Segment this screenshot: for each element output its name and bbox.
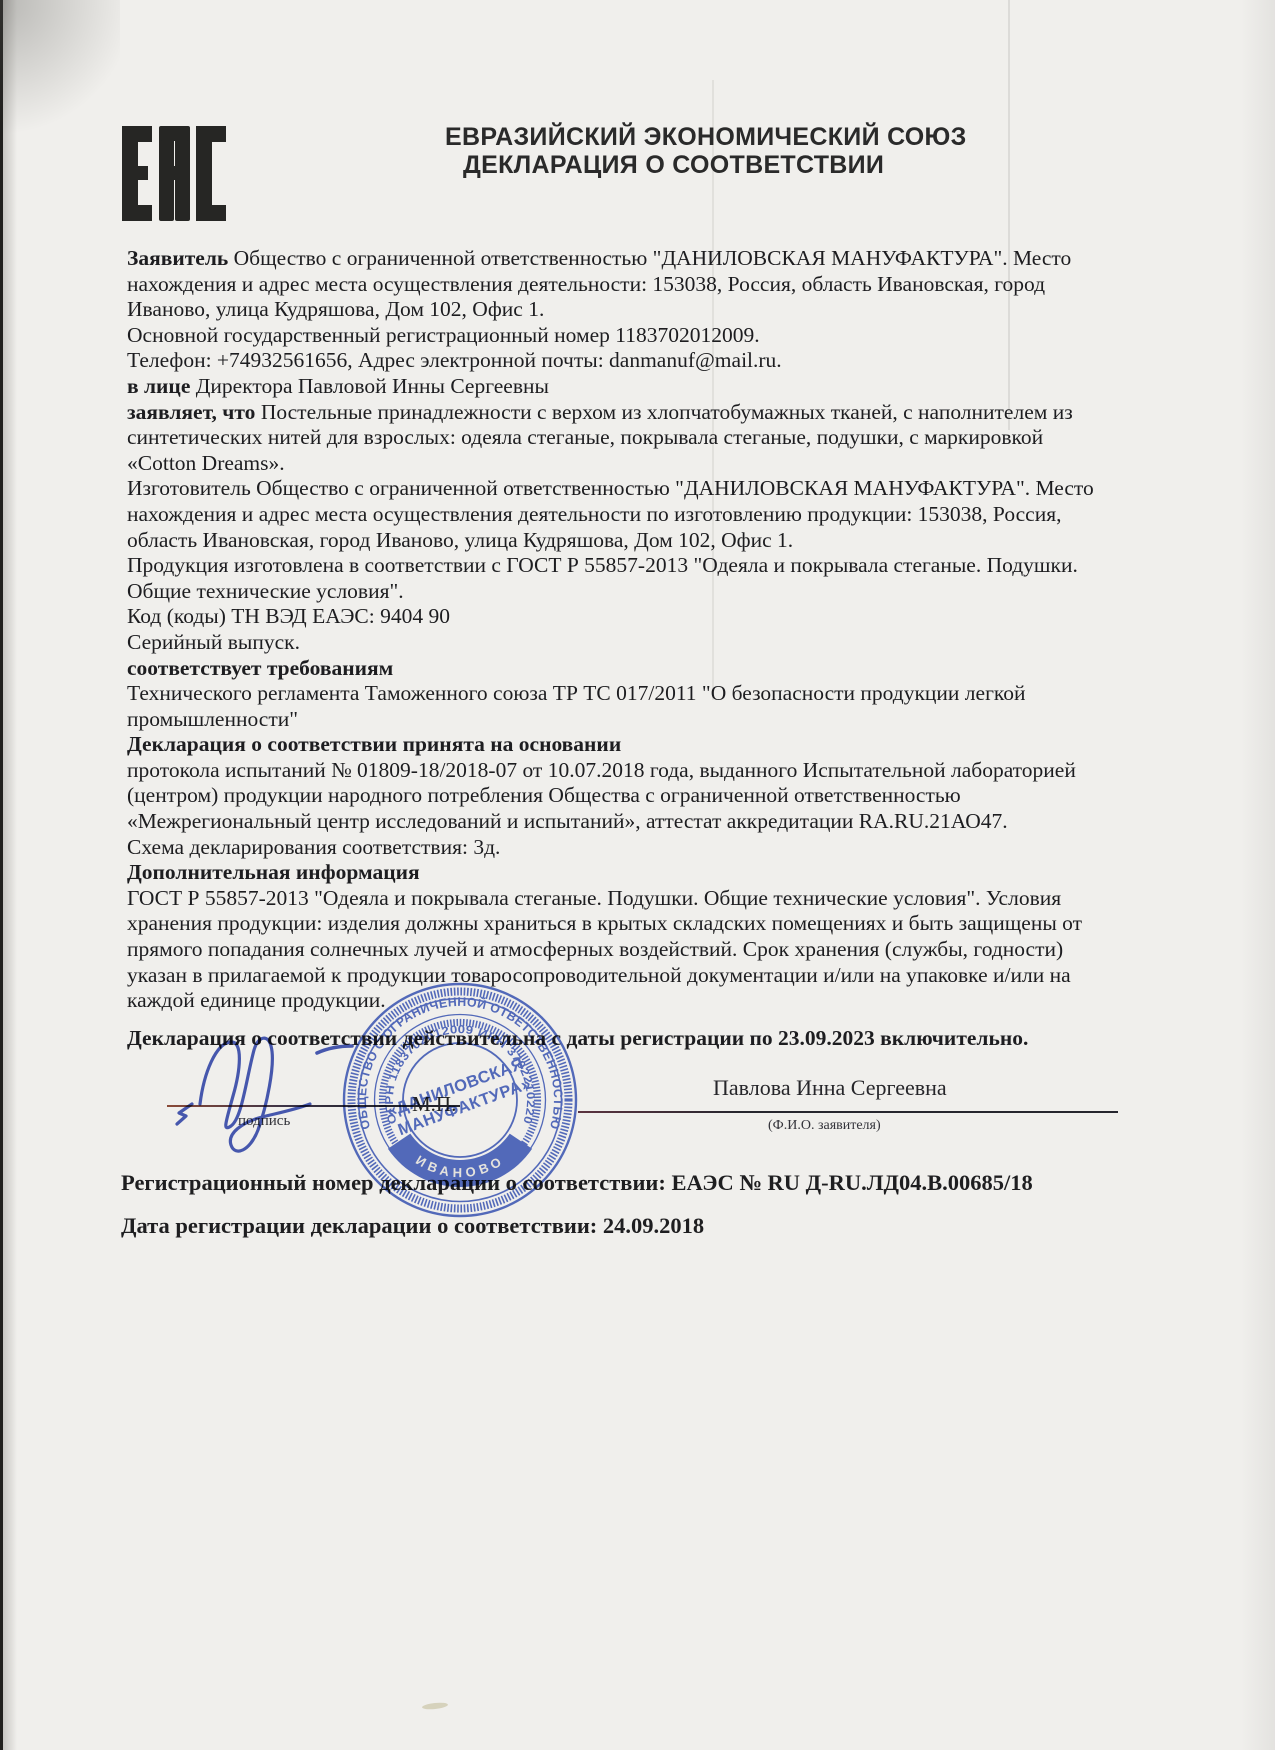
fio-caption: (Ф.И.О. заявителя): [768, 1118, 881, 1134]
body-line: Изготовитель Общество с ограниченной отв…: [127, 476, 1187, 502]
applicant-name: Павлова Инна Сергеевна: [713, 1075, 947, 1101]
body-line: Общие технические условия".: [127, 579, 1187, 605]
scan-corner-shadow: [0, 0, 120, 150]
body-line: соответствует требованиям: [127, 656, 1187, 682]
body-line: промышленности": [127, 707, 1187, 733]
eac-logo-icon: [122, 126, 226, 221]
body-line: (центром) продукции народного потреблени…: [127, 783, 1187, 809]
body-line: нахождения и адрес места осуществления д…: [127, 502, 1187, 528]
body-line: протокола испытаний № 01809-18/2018-07 о…: [127, 758, 1187, 784]
paper-smudge: [422, 1702, 448, 1711]
body-line: в лице Директора Павловой Инны Сергеевны: [127, 374, 1187, 400]
handwritten-signature: [150, 1020, 370, 1165]
document-title-union: ЕВРАЗИЙСКИЙ ЭКОНОМИЧЕСКИЙ СОЮЗ: [445, 123, 967, 152]
document-title-declaration: ДЕКЛАРАЦИЯ О СООТВЕТСТВИИ: [463, 151, 884, 180]
fio-line: [578, 1111, 1118, 1113]
body-line: Серийный выпуск.: [127, 630, 1187, 656]
body-line: Технического регламента Таможенного союз…: [127, 681, 1187, 707]
body-line: заявляет, что Постельные принадлежности …: [127, 400, 1187, 426]
body-line: «Межрегиональный центр исследований и ис…: [127, 809, 1187, 835]
body-line: Продукция изготовлена в соответствии с Г…: [127, 553, 1187, 579]
scanned-declaration-page: { "colors": { "paper": "#f0efec", "ink":…: [0, 0, 1275, 1750]
body-line: синтетических нитей для взрослых: одеяла…: [127, 425, 1187, 451]
body-line: хранения продукции: изделия должны храни…: [127, 911, 1187, 937]
scan-right-shade: [1241, 0, 1275, 1750]
body-line: область Ивановская, город Иваново, улица…: [127, 528, 1187, 554]
body-line: каждой единице продукции.: [127, 988, 1187, 1014]
body-line: указан в прилагаемой к продукции товарос…: [127, 963, 1187, 989]
scan-left-shade: [3, 0, 17, 1750]
body-line: нахождения и адрес места осуществления д…: [127, 272, 1187, 298]
body-line: Декларация о соответствии принята на осн…: [127, 732, 1187, 758]
body-line: прямого попадания солнечных лучей и атмо…: [127, 937, 1187, 963]
body-line: Код (коды) ТН ВЭД ЕАЭС: 9404 90: [127, 604, 1187, 630]
body-line: Основной государственный регистрационный…: [127, 323, 1187, 349]
body-line: Дополнительная информация: [127, 860, 1187, 886]
document-body: Заявитель Общество с ограниченной ответс…: [127, 246, 1187, 1014]
company-stamp: ОБЩЕСТВО С ОГРАНИЧЕННОЙ ОТВЕТСТВЕННОСТЬЮ…: [340, 980, 580, 1220]
body-line: «Cotton Dreams».: [127, 451, 1187, 477]
body-line: Заявитель Общество с ограниченной ответс…: [127, 246, 1187, 272]
body-line: Иваново, улица Кудряшова, Дом 102, Офис …: [127, 297, 1187, 323]
body-line: Телефон: +74932561656, Адрес электронной…: [127, 348, 1187, 374]
body-line: ГОСТ Р 55857-2013 "Одеяла и покрывала ст…: [127, 886, 1187, 912]
body-line: Схема декларирования соответствия: 3д.: [127, 835, 1187, 861]
